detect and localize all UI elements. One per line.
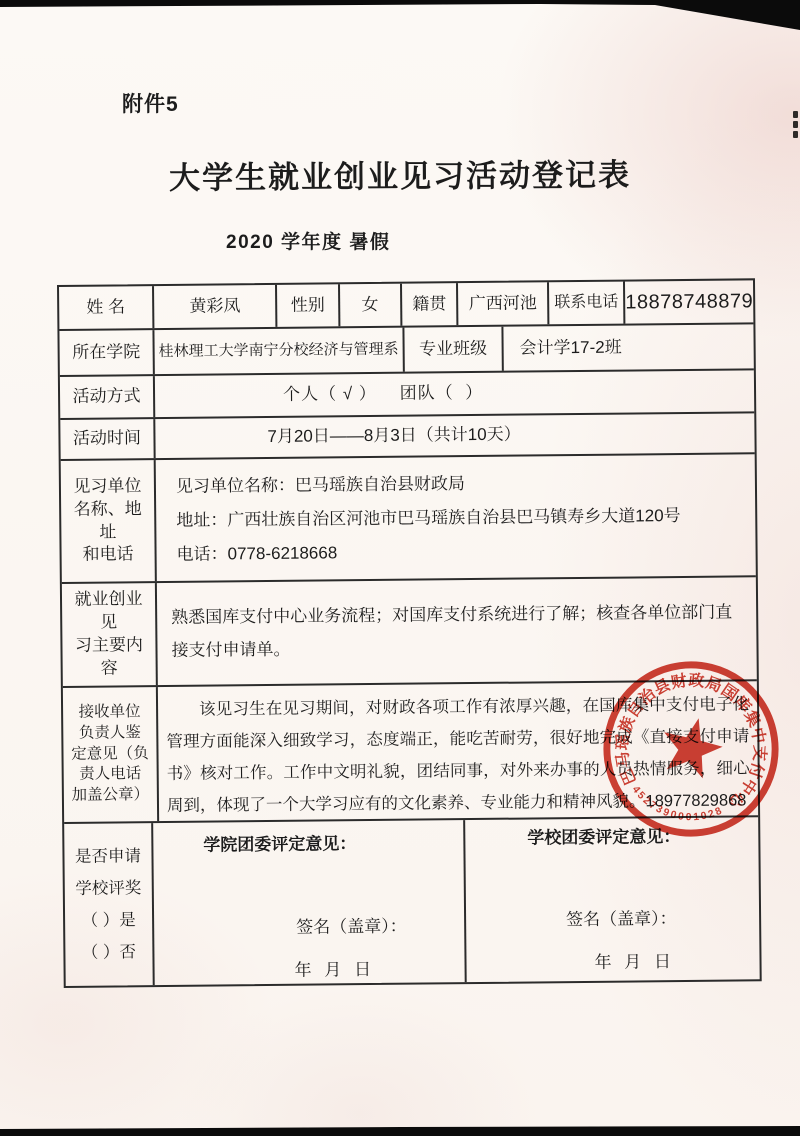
table-row-college: 所在学院 桂林理工大学南宁分校经济与管理系 专业班级 会计学17-2班 <box>59 324 753 377</box>
time-value: 7月20日——8月3日（共计10天） <box>155 413 754 458</box>
table-row-award-review: 是否申请 学校评奖 （ ）是 （ ）否 学院团委评定意见： 签名（盖章）： 年 … <box>64 817 760 986</box>
college-value: 桂林理工大学南宁分校经济与管理系 <box>154 328 404 374</box>
form-subtitle: 2020 学年度 暑假 <box>226 227 390 254</box>
unit-address-line: 地址：广西壮族自治区河池市巴马瑶族自治县巴马镇寿乡大道120号 <box>176 499 681 538</box>
svg-text:4527390001028: 4527390001028 <box>625 783 727 833</box>
major-class-label: 专业班级 <box>404 327 503 372</box>
table-row-basic-info: 姓 名 黄彩凤 性别 女 籍贯 广西河池 联系电话 18878748879 <box>59 280 753 331</box>
unit-name-line: 见习单位名称：巴马瑶族自治县财政局 <box>176 467 465 504</box>
mode-value: 个人（ √ ） 团队（ ） <box>155 370 754 417</box>
unit-phone-line: 电话：0778-6218668 <box>176 536 337 572</box>
main-content-label: 就业创业见 习主要内容 <box>62 583 158 686</box>
attachment-label: 附件5 <box>122 88 179 118</box>
mode-label: 活动方式 <box>60 376 155 418</box>
unit-info-cell: 见习单位名称：巴马瑶族自治县财政局 地址：广西壮族自治区河池市巴马瑶族自治县巴马… <box>156 454 756 581</box>
unit-label: 见习单位 名称、地址 和电话 <box>61 460 157 582</box>
name-label: 姓 名 <box>59 286 154 329</box>
seal-number-text: 4527390001028 <box>625 783 727 833</box>
scanned-paper-sheet: 附件5 大学生就业创业见习活动登记表 2020 学年度 暑假 姓 名 黄彩凤 性… <box>0 0 800 1136</box>
college-review-date-label: 年 月 日 <box>294 959 375 983</box>
contact-value: 18878748879 <box>625 280 753 323</box>
time-label: 活动时间 <box>60 419 155 459</box>
table-row-activity-time: 活动时间 7月20日——8月3日（共计10天） <box>60 413 754 461</box>
gender-value: 女 <box>340 284 403 327</box>
gender-label: 性别 <box>277 284 340 327</box>
school-review-sign-label: 签名（盖章）： <box>566 908 677 932</box>
appraisal-label: 接收单位 负责人鉴 定意见（负 责人电话 加盖公章） <box>63 687 159 822</box>
contact-label: 联系电话 <box>549 282 625 325</box>
hometown-label: 籍贯 <box>402 283 459 326</box>
page-edge-marks <box>793 108 799 141</box>
award-application-label: 是否申请 学校评奖 （ ）是 （ ）否 <box>64 823 155 986</box>
form-title: 大学生就业创业见习活动登记表 <box>0 148 800 199</box>
school-review-date-label: 年 月 日 <box>594 951 675 975</box>
table-row-unit-info: 见习单位 名称、地址 和电话 见习单位名称：巴马瑶族自治县财政局 地址：广西壮族… <box>61 454 756 584</box>
college-review-cell: 学院团委评定意见： 签名（盖章）： 年 月 日 <box>153 820 467 985</box>
registration-table: 姓 名 黄彩凤 性别 女 籍贯 广西河池 联系电话 18878748879 所在… <box>57 278 762 988</box>
seal-star-icon <box>656 711 728 781</box>
college-review-title: 学院团委评定意见： <box>203 833 356 857</box>
college-label: 所在学院 <box>59 330 154 375</box>
major-class-value: 会计学17-2班 <box>503 324 753 370</box>
college-review-sign-label: 签名（盖章）： <box>296 916 407 940</box>
hometown-value: 广西河池 <box>458 282 549 325</box>
table-row-activity-mode: 活动方式 个人（ √ ） 团队（ ） <box>60 370 754 420</box>
name-value: 黄彩凤 <box>154 285 278 328</box>
